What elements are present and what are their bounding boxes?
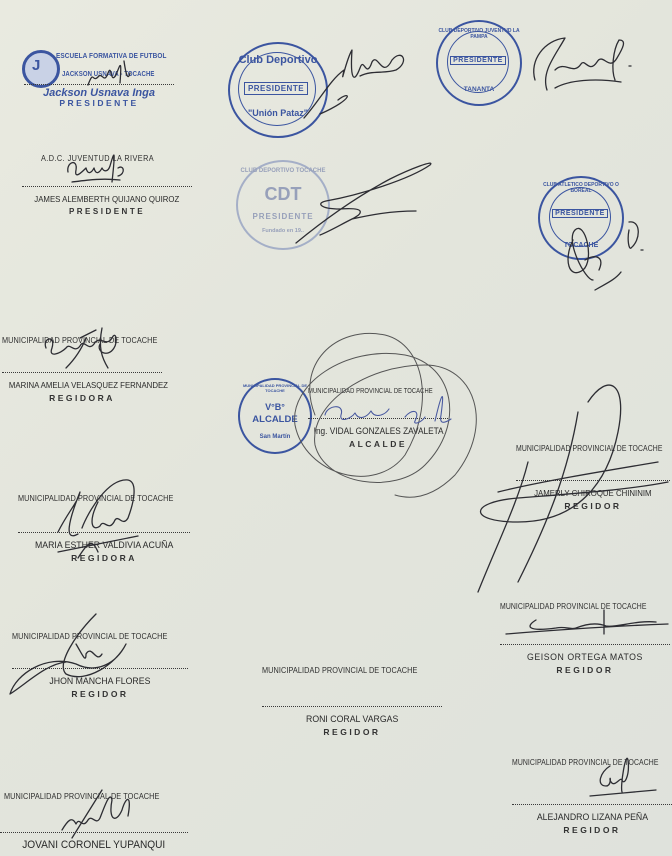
juventud-la-pampa-stamp: CLUB DEPORTIVO JUVENTUD LA PAMPA PRESIDE…	[436, 20, 522, 106]
signature-juventud-la-pampa	[525, 30, 635, 100]
stamp-logo: CDT	[238, 184, 328, 205]
signer-name: JHON MANCHA FLORES	[49, 676, 150, 687]
institution-label: ESCUELA FORMATIVA DE FUTBOL	[56, 51, 167, 60]
institution-label: MUNICIPALIDAD PROVINCIAL DE TOCACHE	[4, 791, 159, 801]
stamp-bottom-text: TANANTA	[438, 86, 520, 93]
signer-role: REGIDOR	[500, 665, 670, 675]
institution-label: MUNICIPALIDAD PROVINCIAL DE TOCACHE	[262, 665, 417, 675]
cdt-stamp: CLUB DEPORTIVO TOCACHE CDT PRESIDENTE Fu…	[236, 160, 330, 250]
signer-role: PRESIDENTE	[22, 207, 192, 216]
stamp-role-text: ALCALDE	[240, 414, 310, 425]
signer-name: Ing. VIDAL GONZALES ZAVALETA	[314, 426, 444, 436]
signer-role: REGIDOR	[12, 689, 188, 699]
signer-name: MARINA AMELIA VELASQUEZ FERNANDEZ	[9, 380, 168, 390]
stamp-bottom-text: San Martín	[240, 434, 310, 440]
stamp-center-text: PRESIDENTE	[450, 56, 506, 65]
stamp-bottom-text: Fundado en 19..	[238, 228, 328, 234]
signature-block-jovani: MUNICIPALIDAD PROVINCIAL DE TOCACHE JOVA…	[0, 786, 188, 853]
institution-label: MUNICIPALIDAD PROVINCIAL DE TOCACHE	[500, 602, 647, 611]
stamp-top-text: CLUB DEPORTIVO TOCACHE	[238, 168, 328, 174]
signer-role: REGIDORA	[18, 553, 190, 563]
signer-role: PRESIDENTE	[24, 98, 174, 108]
signer-name: JOVANI CORONEL YUPANQUI	[22, 839, 165, 851]
signer-role: ALCALDE	[308, 439, 448, 449]
signature-line	[262, 706, 442, 707]
institution-label: MUNICIPALIDAD PROVINCIAL DE TOCACHE	[12, 631, 167, 641]
stamp-bottom-text: TOCACHE	[540, 242, 622, 249]
signature-block-marina: MUNICIPALIDAD PROVINCIAL DE TOCACHE MARI…	[2, 330, 162, 403]
signer-name: MARIA ESTHER VALDIVIA ACUÑA	[35, 540, 173, 551]
signature-block-jhon: MUNICIPALIDAD PROVINCIAL DE TOCACHE JHON…	[12, 626, 188, 699]
signature-block-jamerly: MUNICIPALIDAD PROVINCIAL DE TOCACHE JAME…	[516, 438, 670, 511]
signature-line	[308, 418, 448, 419]
signature-block-alejandro: MUNICIPALIDAD PROVINCIAL DE TOCACHE ALEJ…	[512, 752, 672, 835]
institution-label: MUNICIPALIDAD PROVINCIAL DE TOCACHE	[18, 493, 173, 503]
institution-label: MUNICIPALIDAD PROVINCIAL DE TOCACHE	[308, 386, 433, 395]
signature-line	[22, 186, 192, 187]
signer-role: REGIDOR	[262, 727, 442, 737]
signer-role: REGIDORA	[2, 393, 162, 403]
signer-name: JAMERLY CHIROQUE CHININIM	[534, 488, 651, 498]
signer-role: REGIDOR	[512, 825, 672, 835]
boreal-stamp: CLUB ATLETICO DEPORTIVO O BOREAL PRESIDE…	[538, 176, 624, 260]
stamp-top-text: CLUB ATLETICO DEPORTIVO O BOREAL	[540, 182, 622, 194]
signature-line	[2, 372, 162, 373]
stamp-center-text: PRESIDENTE	[244, 82, 308, 95]
stamp-top-text: CLUB DEPORTIVO JUVENTUD LA PAMPA	[438, 28, 520, 40]
signer-name: ALEJANDRO LIZANA PEÑA	[536, 812, 647, 823]
institution-label: MUNICIPALIDAD PROVINCIAL DE TOCACHE	[2, 335, 157, 345]
signature-line	[512, 804, 672, 805]
signer-jackson: Jackson Usnava Inga PRESIDENTE	[24, 82, 174, 108]
institution-label-line2: JACKSON USNAVA - TOCACHE	[62, 71, 154, 78]
union-pataz-stamp: Club Deportivo PRESIDENTE "Unión Pataz"	[228, 42, 328, 138]
signature-line	[500, 644, 670, 645]
signature-line	[0, 832, 188, 833]
signer-name: JAMES ALEMBERTH QUIJANO QUIROZ	[35, 194, 180, 204]
stamp-bottom-text: "Unión Pataz"	[230, 108, 326, 118]
signature-block-maria-esther: MUNICIPALIDAD PROVINCIAL DE TOCACHE MARI…	[18, 488, 190, 563]
signature-block-james: A.D.C. JUVENTUD LA RIVERA JAMES ALEMBERT…	[22, 148, 192, 216]
institution-label: MUNICIPALIDAD PROVINCIAL DE TOCACHE	[512, 758, 659, 767]
signer-name: RONI CORAL VARGAS	[306, 714, 398, 725]
signature-block-vidal: MUNICIPALIDAD PROVINCIAL DE TOCACHE Ing.…	[308, 380, 448, 449]
signature-line	[24, 84, 174, 85]
stamp-top-text: MUNICIPALIDAD PROVINCIAL DE TOCACHE	[240, 383, 310, 393]
stamp-center-text: V°B°	[240, 402, 310, 412]
signature-line	[516, 480, 670, 481]
stamp-center-text: PRESIDENTE	[238, 212, 328, 221]
stamp-top-text: Club Deportivo	[230, 54, 326, 66]
signature-page: J ESCUELA FORMATIVA DE FUTBOL JACKSON US…	[0, 0, 672, 856]
alcalde-stamp: MUNICIPALIDAD PROVINCIAL DE TOCACHE V°B°…	[238, 378, 312, 454]
signature-line	[12, 668, 188, 669]
stamp-center-text: PRESIDENTE	[552, 209, 608, 218]
signature-block-geison: MUNICIPALIDAD PROVINCIAL DE TOCACHE GEIS…	[500, 596, 670, 675]
institution-label: MUNICIPALIDAD PROVINCIAL DE TOCACHE	[516, 444, 663, 453]
institution-label: A.D.C. JUVENTUD LA RIVERA	[41, 153, 154, 163]
signature-block-roni: MUNICIPALIDAD PROVINCIAL DE TOCACHE RONI…	[262, 660, 442, 737]
signer-role: REGIDOR	[516, 501, 670, 511]
signature-line	[18, 532, 190, 533]
signature-block-jackson: ESCUELA FORMATIVA DE FUTBOL JACKSON USNA…	[56, 45, 176, 81]
signer-name: GEISON ORTEGA MATOS	[527, 652, 643, 663]
